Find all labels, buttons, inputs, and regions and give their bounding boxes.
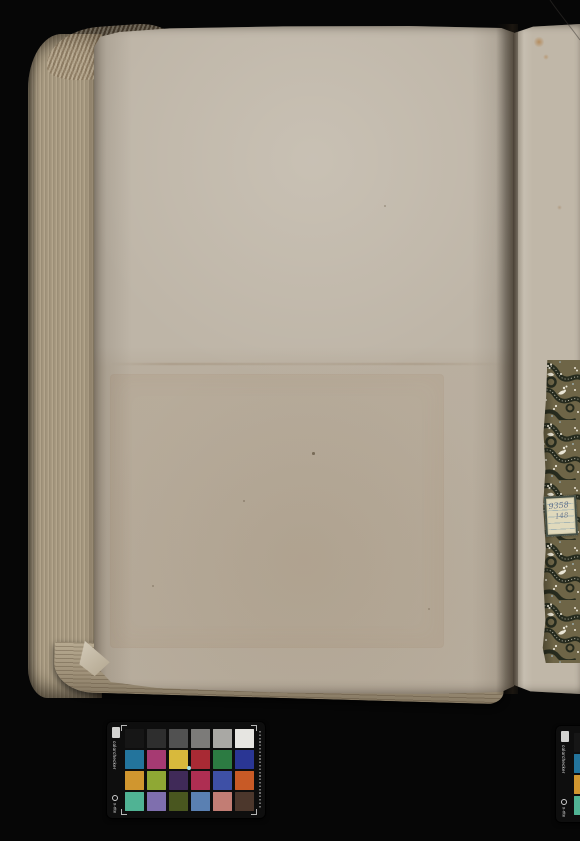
colorchecker-patch <box>574 775 580 794</box>
colorchecker-patch <box>191 771 210 790</box>
corner-mark <box>121 809 127 815</box>
colorchecker-patch <box>213 729 232 748</box>
classic-badge <box>112 727 120 738</box>
xrite-wordmark: x-rite <box>113 803 118 813</box>
colorchecker-card-partial: colorchecker x-rite <box>556 726 580 822</box>
colorchecker-patches <box>574 733 580 815</box>
xrite-circle-icon <box>561 799 567 805</box>
colorchecker-patch <box>191 750 210 769</box>
colorchecker-card: colorchecker x-rite <box>107 722 265 818</box>
paper-speck <box>428 608 430 610</box>
xrite-wordmark: x-rite <box>562 807 567 817</box>
colorchecker-patch <box>213 750 232 769</box>
colorchecker-side-strip: colorchecker x-rite <box>556 726 573 822</box>
colorchecker-patch <box>213 792 232 811</box>
colorchecker-patch <box>147 750 166 769</box>
colorchecker-patch <box>169 750 188 769</box>
foxing-spot <box>557 205 562 210</box>
label-handwriting-line1: 9358 <box>548 500 569 511</box>
colorchecker-side-strip: colorchecker x-rite <box>107 722 124 818</box>
sample-label: 9358 148 <box>544 495 578 537</box>
colorchecker-patch <box>125 771 144 790</box>
blank-left-page <box>94 26 514 694</box>
colorchecker-patch <box>235 771 254 790</box>
colorchecker-patch <box>147 792 166 811</box>
paper-speck <box>152 585 154 587</box>
colorchecker-patch <box>125 729 144 748</box>
colorchecker-patch <box>125 750 144 769</box>
colorchecker-patch <box>574 733 580 752</box>
xrite-logo: x-rite <box>561 799 567 817</box>
stain-tide-line <box>111 363 502 365</box>
corner-mark <box>121 725 127 731</box>
colorchecker-patch <box>574 796 580 815</box>
xrite-logo: x-rite <box>112 795 118 813</box>
label-handwriting-line2: 148 <box>555 511 569 520</box>
hair-strand <box>500 0 580 60</box>
colorchecker-patch <box>147 771 166 790</box>
colorchecker-patches <box>125 729 254 811</box>
paper-speck <box>243 500 245 502</box>
paper-speck <box>384 205 386 207</box>
colorchecker-patch <box>191 729 210 748</box>
colorchecker-patch <box>574 754 580 773</box>
colorchecker-patch <box>235 750 254 769</box>
paper-speck <box>312 452 315 455</box>
colorchecker-patch <box>125 792 144 811</box>
corner-mark <box>251 809 257 815</box>
fine-print-strip <box>259 731 261 809</box>
colorchecker-patch <box>213 771 232 790</box>
xrite-circle-icon <box>112 795 118 801</box>
center-dot <box>187 766 191 770</box>
colorchecker-patch <box>169 792 188 811</box>
book-fore-edge-pages <box>28 34 102 698</box>
colorchecker-patch <box>169 771 188 790</box>
colorchecker-patch <box>191 792 210 811</box>
colorchecker-title: colorchecker <box>561 745 566 801</box>
colorchecker-patch <box>235 729 254 748</box>
offset-stain <box>110 374 444 648</box>
classic-badge <box>561 731 569 742</box>
corner-mark <box>251 725 257 731</box>
photograph: 9358 148 colorchecker x-rite colorchecke… <box>0 0 580 841</box>
colorchecker-title: colorchecker <box>112 741 117 797</box>
colorchecker-patch <box>169 729 188 748</box>
colorchecker-patch <box>147 729 166 748</box>
